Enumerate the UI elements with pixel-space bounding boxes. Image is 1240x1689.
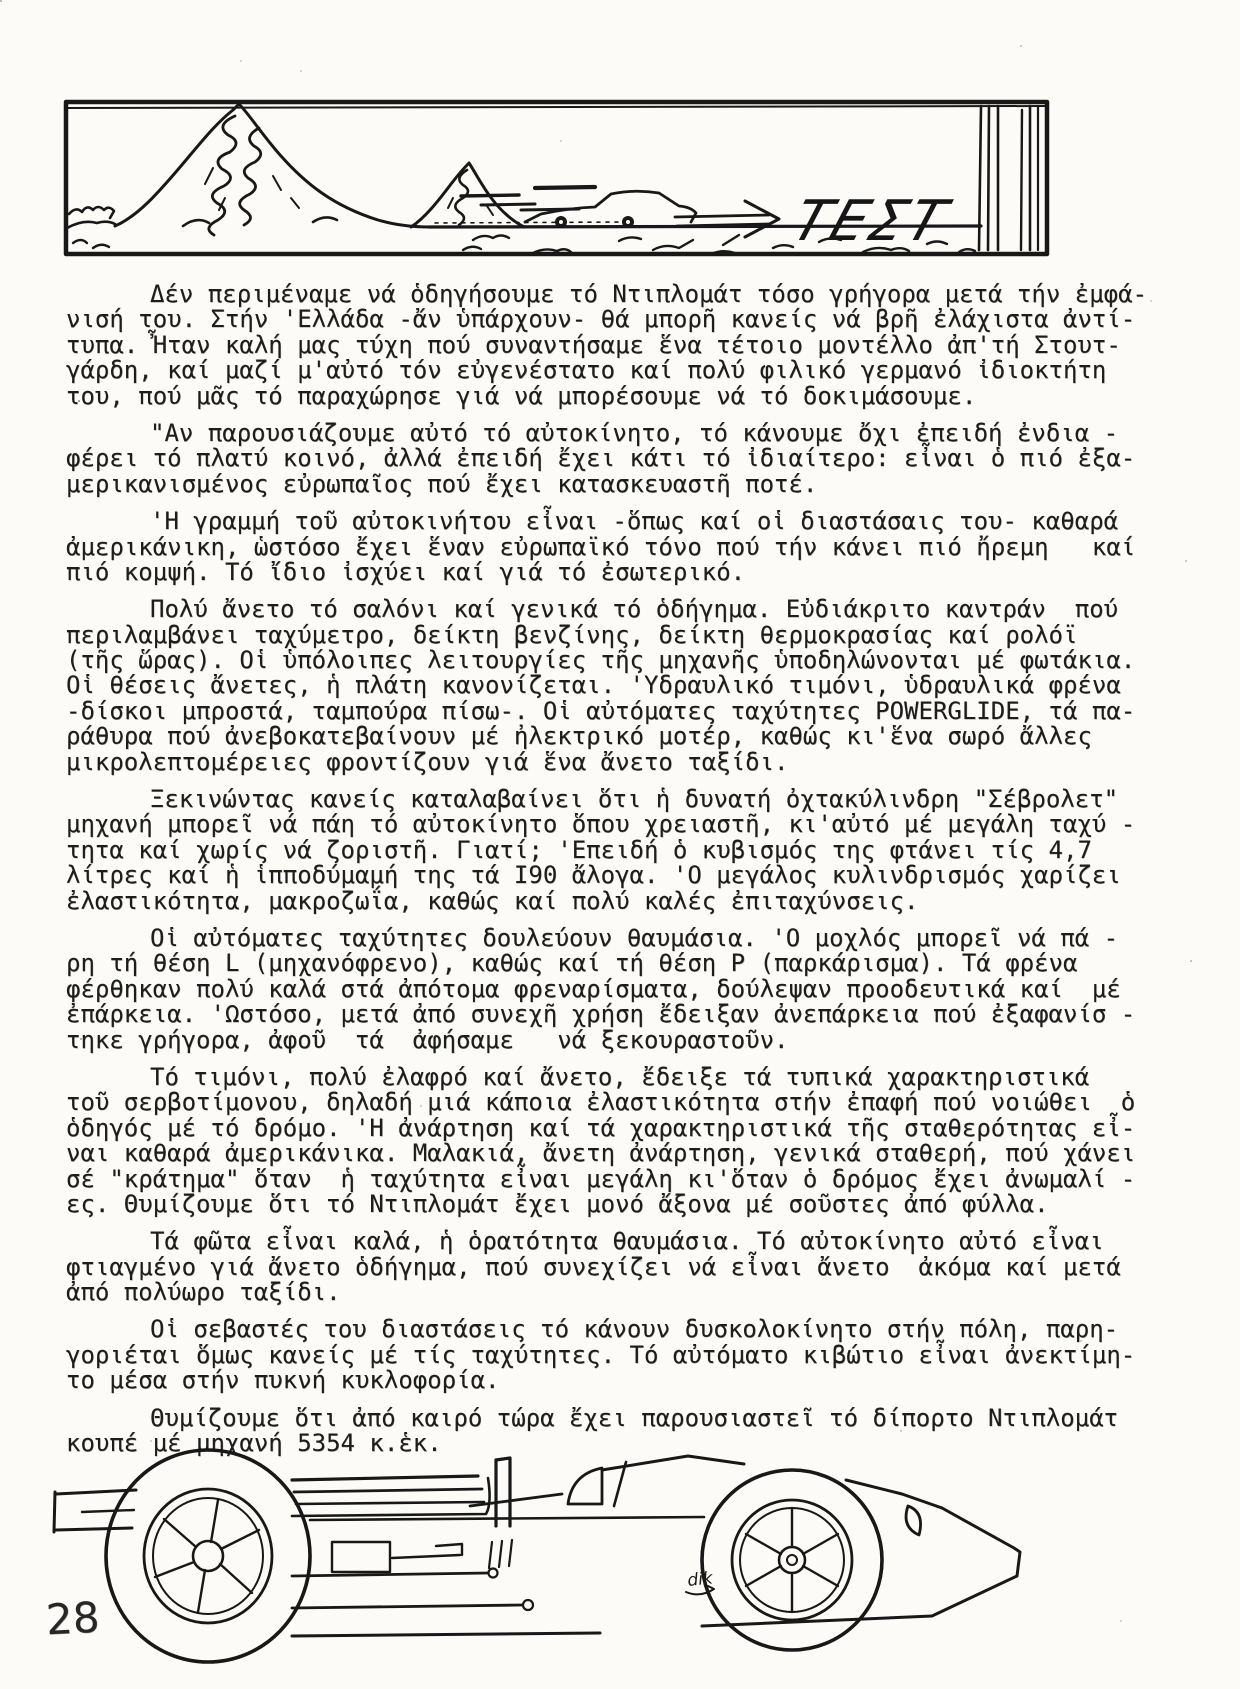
text-line: 'Η γραμμή τοῦ αὐτοκινήτου εἶναι -ὅπως κα…	[66, 509, 1194, 534]
text-line: Ξεκινώντας κανείς καταλαβαίνει ὅτι ἡ δυν…	[66, 787, 1194, 812]
text-line: τοῦ σερβοτίμονου, δηλαδή μιά κάποια ἐλασ…	[66, 1090, 1194, 1115]
text-line: τητα καί χωρίς νά ζοριστῆ. Γιατί; 'Επειδ…	[66, 838, 1194, 863]
svg-text:ΤΕΣΤ: ΤΕΣΤ	[785, 188, 958, 253]
paragraph: "Αν παρουσιάζουμε αὐτό τό αὐτοκίνητο, τό…	[66, 421, 1194, 497]
text-line: μηχανή μπορεῖ νά πάη τό αὐτοκίνητο ὅπου …	[66, 812, 1194, 837]
text-line: Οἱ θέσεις ἄνετες, ἡ πλάτη κανονίζεται. '…	[66, 673, 1194, 698]
text-line: Πολύ ἄνετο τό σαλόνι καί γενικά τό ὁδήγη…	[66, 597, 1194, 622]
text-line: Τά φῶτα εἶναι καλά, ἡ ὁρατότητα θαυμάσια…	[66, 1229, 1194, 1254]
text-line: Οἱ σεβαστές του διαστάσεις τό κάνουν δυσ…	[66, 1317, 1194, 1342]
car-body	[310, 1456, 1020, 1626]
scan-noise	[0, 0, 2, 2]
article-body: Δέν περιμέναμε νά ὁδηγήσουμε τό Ντιπλομά…	[66, 282, 1194, 1468]
text-line: ἀπό πολύωρο ταξίδι.	[66, 1280, 1194, 1305]
text-line: πιό κομψή. Τό ἴδιο ἰσχύει καί γιά τό ἐσω…	[66, 560, 1194, 585]
speed-lines	[461, 187, 595, 210]
text-line: μικρολεπτομέρειες φροντίζουν γιά ἕνα ἄνε…	[66, 750, 1194, 775]
text-line: φτιαγμένο γιά ἄνετο ὁδήγημα, πού συνεχίζ…	[66, 1255, 1194, 1280]
text-line: Τό τιμόνι, πολύ ἐλαφρό καί ἄνετο, ἔδειξε…	[66, 1065, 1194, 1090]
paragraph: Ξεκινώντας κανείς καταλαβαίνει ὅτι ἡ δυν…	[66, 787, 1194, 914]
engine-detail	[292, 1458, 600, 1636]
text-line: νισή του. Στήν 'Ελλάδα -ἄν ὑπάρχουν- θά …	[66, 307, 1194, 332]
text-line: τυπα. Ἦταν καλή μας τύχη πού συναντήσαμε…	[66, 333, 1194, 358]
text-line: ὁδηγός μέ τό δρόμο. 'Η ἀνάρτηση καί τά χ…	[66, 1116, 1194, 1141]
racing-car-sketch: dik	[40, 1446, 1200, 1689]
text-line: περιλαμβάνει ταχύμετρο, δείκτη βενζίνης,…	[66, 623, 1194, 648]
paragraph: Οἱ σεβαστές του διαστάσεις τό κάνουν δυσ…	[66, 1317, 1194, 1393]
text-line: ράθυρα πού ἀνεβοκατεβαίνουν μέ ἠλεκτρικό…	[66, 724, 1194, 749]
paragraph: 'Η γραμμή τοῦ αὐτοκινήτου εἶναι -ὅπως κα…	[66, 509, 1194, 585]
banner-stripes	[979, 106, 1038, 250]
text-line: σέ "κράτημα" ὅταν ἡ ταχύτητα εἶναι μεγάλ…	[66, 1167, 1194, 1192]
paragraph: Δέν περιμέναμε νά ὁδηγήσουμε τό Ντιπλομά…	[66, 282, 1194, 409]
text-line: το μέσα στήν πυκνή κυκλοφορία.	[66, 1368, 1194, 1393]
text-line: ἀμερικάνικη, ὡστόσο ἔχει ἕναν εὐρωπαϊκό …	[66, 535, 1194, 560]
text-line: ες. Θυμίζουμε ὅτι τό Ντιπλομάτ ἔχει μονό…	[66, 1192, 1194, 1217]
text-line: ρη τή θέση L (μηχανόφρενο), καθώς καί τή…	[66, 951, 1194, 976]
text-line: γάρδη, καί μαζί μ'αὐτό τόν εὐγενέστατο κ…	[66, 358, 1194, 383]
text-line: Δέν περιμέναμε νά ὁδηγήσουμε τό Ντιπλομά…	[66, 282, 1194, 307]
text-line: λίτρες καί ἡ ἱπποδύμαμή της τά Ι90 ἄλογα…	[66, 863, 1194, 888]
text-line: φέρει τό πλατύ κοινό, ἀλλά ἐπειδή ἔχει κ…	[66, 446, 1194, 471]
paragraph: Τά φῶτα εἶναι καλά, ἡ ὁρατότητα θαυμάσια…	[66, 1229, 1194, 1305]
mountain-road-banner-sketch: ΤΕΣΤ	[63, 98, 1051, 258]
rear-wheel	[106, 1450, 310, 1662]
paragraph: Πολύ ἄνετο τό σαλόνι καί γενικά τό ὁδήγη…	[66, 597, 1194, 775]
arrow-icon	[675, 201, 779, 237]
text-line: "Αν παρουσιάζουμε αὐτό τό αὐτοκίνητο, τό…	[66, 421, 1194, 446]
text-line: τηκε γρήγορα, ἀφοῦ τά ἀφήσαμε νά ξεκουρα…	[66, 1028, 1194, 1053]
text-line: του, πού μᾶς τό παραχώρησε γιά νά μπορέσ…	[66, 384, 1194, 409]
text-line: ναι καθαρά ἀμερικάνικα. Μαλακιά, ἄνετη ἀ…	[66, 1141, 1194, 1166]
page-number: 28	[45, 1593, 101, 1645]
test-title: ΤΕΣΤ	[785, 188, 958, 253]
text-line: Οἱ αὐτόματες ταχύτητες δουλεύουν θαυμάσι…	[66, 926, 1194, 951]
text-line: ἐπάρκεια. 'Ωστόσο, μετά ἀπό συνεχῆ χρήση…	[66, 1002, 1194, 1027]
artist-signature: dik	[686, 1568, 715, 1594]
paragraph: Οἱ αὐτόματες ταχύτητες δουλεύουν θαυμάσι…	[66, 926, 1194, 1053]
text-line: ἐλαστικότητα, μακροζωΐα, καθώς καί πολύ …	[66, 889, 1194, 914]
text-line: -δίσκοι μπροστά, ταμπούρα πίσω-. Οἱ αὐτό…	[66, 699, 1194, 724]
text-line: (τῆς ὥρας). Οἱ ὑπόλοιπες λειτουργίες τῆς…	[66, 648, 1194, 673]
text-line: μερικανισμένος εὐρωπαῖος πού ἔχει κατασκ…	[66, 472, 1194, 497]
hills-sketch	[67, 207, 115, 248]
text-line: φέρθηκαν πολύ καλά στά ἀπότομα φρεναρίσμ…	[66, 977, 1194, 1002]
text-line: γοριέται ὅμως κανείς μέ τίς ταχύτητες. Τ…	[66, 1343, 1194, 1368]
mountain-sketch	[115, 104, 429, 235]
paragraph: Τό τιμόνι, πολύ ἐλαφρό καί ἄνετο, ἔδειξε…	[66, 1065, 1194, 1217]
header-illustration: ΤΕΣΤ	[63, 98, 1051, 258]
scanned-page: ΤΕΣΤ	[0, 0, 1240, 1689]
footer-illustration: dik	[40, 1446, 1200, 1689]
text-line: Θυμίζουμε ὅτι ἀπό καιρό τώρα ἔχει παρουσ…	[66, 1406, 1194, 1431]
